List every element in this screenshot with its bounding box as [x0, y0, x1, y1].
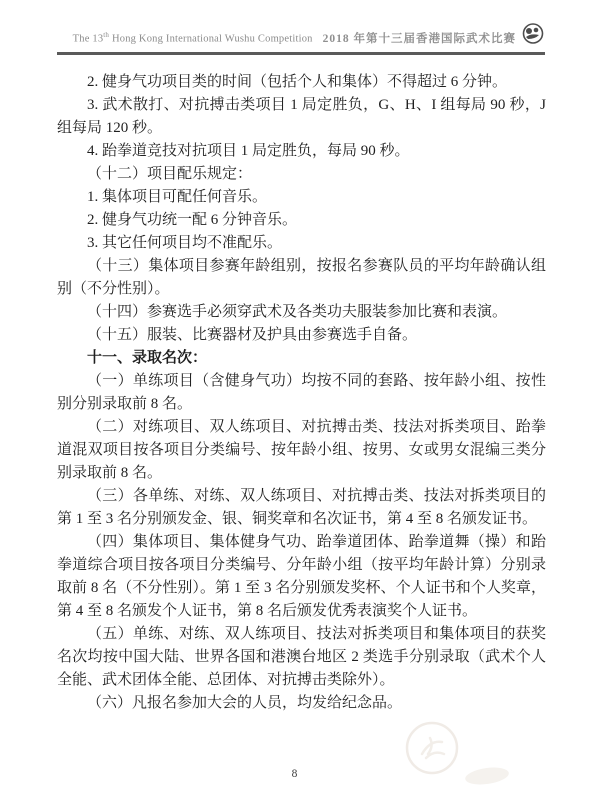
- paragraph: （三）各单练、对练、双人练项目、对抗搏击类、技法对拆类项目的第 1 至 3 名分…: [57, 485, 546, 531]
- paragraph: 2. 健身气功统一配 6 分钟音乐。: [57, 209, 546, 232]
- page-header: The 13th Hong Kong International Wushu C…: [57, 24, 545, 52]
- paragraph: （十三）集体项目参赛年龄组别，按报名参赛队员的平均年龄确认组别（不分性别）。: [57, 255, 546, 301]
- paragraph: 1. 集体项目可配任何音乐。: [57, 186, 546, 209]
- paragraph: （十五）服装、比赛器材及护具由参赛选手自备。: [57, 324, 546, 347]
- wushu-emblem-icon: [521, 22, 545, 50]
- paragraph: 3. 其它任何项目均不准配乐。: [57, 232, 546, 255]
- document-page: The 13th Hong Kong International Wushu C…: [0, 0, 589, 800]
- paragraph: （十二）项目配乐规定：: [57, 163, 546, 186]
- paragraph: （一）单练项目（含健身气功）均按不同的套路、按年龄小组、按性别分别录取前 8 名…: [57, 370, 546, 416]
- header-title-en-prefix: The 13: [73, 34, 104, 45]
- page-number: 8: [0, 768, 589, 780]
- paragraph: （十四）参赛选手必须穿武术及各类功夫服装参加比赛和表演。: [57, 301, 546, 324]
- paragraph: 2. 健身气功项目类的时间（包括个人和集体）不得超过 6 分钟。: [57, 71, 546, 94]
- section-heading: 十一、录取名次：: [57, 347, 546, 370]
- paragraph: （五）单练、对练、双人练项目、技法对拆类项目和集体项目的获奖名次均按中国大陆、世…: [57, 623, 546, 692]
- header-title-en-suffix: Hong Kong International Wushu Competitio…: [109, 34, 312, 45]
- paragraph: （二）对练项目、双人练项目、对抗搏击类、技法对拆类项目、跆拳道混双项目按各项目分…: [57, 416, 546, 485]
- header-title-english: The 13th Hong Kong International Wushu C…: [73, 31, 313, 45]
- paragraph: 4. 跆拳道竞技对抗项目 1 局定胜负，每局 90 秒。: [57, 140, 546, 163]
- header-title-chinese: 2018 年第十三届香港国际武术比赛: [323, 30, 516, 46]
- paragraph: （六）凡报名参加大会的人员，均发给纪念品。: [57, 692, 546, 715]
- paragraph: （四）集体项目、集体健身气功、跆拳道团体、跆拳道舞（操）和跆拳道综合项目按各项目…: [57, 531, 546, 623]
- paragraph: 3. 武术散打、对抗搏击类项目 1 局定胜负，G、H、I 组每局 90 秒，J …: [57, 94, 546, 140]
- document-body: 2. 健身气功项目类的时间（包括个人和集体）不得超过 6 分钟。 3. 武术散打…: [57, 71, 546, 715]
- header-divider: [57, 52, 545, 55]
